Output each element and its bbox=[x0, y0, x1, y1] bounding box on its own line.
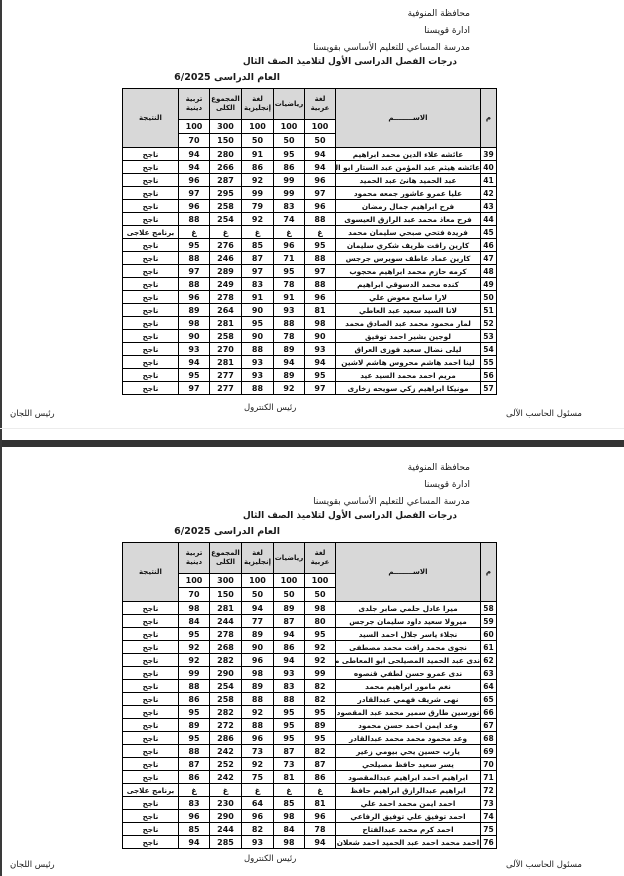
cell-arabic: 97 bbox=[305, 187, 336, 200]
cell-serial: 42 bbox=[481, 187, 497, 200]
cell-name: فريدة فتحي صبحي سليمان محمد bbox=[336, 226, 481, 239]
cell-name: احمد كرم محمد عبدالفتاح bbox=[336, 823, 481, 836]
cell-religion: 95 bbox=[179, 369, 210, 382]
cell-math: 89 bbox=[274, 602, 305, 615]
col-religion-header: تربية دينية bbox=[179, 543, 210, 574]
table-row: 72 ابراهيم عبدالرازق ابراهيم حافظ غ غ غ … bbox=[123, 784, 497, 797]
table-row: 64 نغم مامور ابراهيم محمد 82 83 89 254 8… bbox=[123, 680, 497, 693]
col-total-header: المجموع الكلى bbox=[210, 543, 242, 574]
cell-religion: 90 bbox=[179, 330, 210, 343]
max-math: 100 bbox=[274, 120, 305, 134]
cell-result: ناجح bbox=[123, 343, 179, 356]
max-religion: 100 bbox=[179, 120, 210, 134]
cell-religion: 94 bbox=[179, 836, 210, 849]
cell-arabic: 95 bbox=[305, 706, 336, 719]
table-row: 53 لوجين بشير احمد توفيق 90 78 90 258 90… bbox=[123, 330, 497, 343]
cell-english: 92 bbox=[242, 758, 274, 771]
cell-name: ندى عمرو حسن لطفي قنصوه bbox=[336, 667, 481, 680]
col-result-header: النتيجة bbox=[123, 543, 179, 602]
cell-english: 97 bbox=[242, 265, 274, 278]
cell-english: 73 bbox=[242, 745, 274, 758]
half-religion: 70 bbox=[179, 134, 210, 148]
cell-english: 90 bbox=[242, 304, 274, 317]
cell-serial: 49 bbox=[481, 278, 497, 291]
cell-serial: 48 bbox=[481, 265, 497, 278]
table-row: 75 احمد كرم محمد عبدالفتاح 78 84 82 244 … bbox=[123, 823, 497, 836]
cell-english: 89 bbox=[242, 628, 274, 641]
cell-math: 78 bbox=[274, 330, 305, 343]
cell-result: ناجح bbox=[123, 641, 179, 654]
table-row: 56 مريم احمد محمد السيد عيد 95 89 93 277… bbox=[123, 369, 497, 382]
cell-total: 272 bbox=[210, 719, 242, 732]
cell-religion: 88 bbox=[179, 745, 210, 758]
cell-result: ناجح bbox=[123, 265, 179, 278]
col-name-header: الاســــــــم bbox=[336, 89, 481, 148]
col-religion-header: تربية دينية bbox=[179, 89, 210, 120]
cell-english: 93 bbox=[242, 836, 274, 849]
governorate-line: محافظة المنوفية bbox=[313, 6, 470, 23]
cell-arabic: 80 bbox=[305, 615, 336, 628]
cell-serial: 67 bbox=[481, 719, 497, 732]
table-body-1: 39 عائشه علاء الدين محمد ابراهيم 94 95 9… bbox=[123, 148, 497, 395]
cell-english: 91 bbox=[242, 148, 274, 161]
cell-english: غ bbox=[242, 226, 274, 239]
max-arabic: 100 bbox=[305, 574, 336, 588]
cell-serial: 54 bbox=[481, 343, 497, 356]
half-english: 50 bbox=[242, 134, 274, 148]
cell-total: 258 bbox=[210, 693, 242, 706]
cell-total: 281 bbox=[210, 356, 242, 369]
cell-math: 88 bbox=[274, 317, 305, 330]
cell-serial: 51 bbox=[481, 304, 497, 317]
cell-arabic: 90 bbox=[305, 330, 336, 343]
cell-math: 74 bbox=[274, 213, 305, 226]
cell-math: 88 bbox=[274, 693, 305, 706]
half-total: 150 bbox=[210, 134, 242, 148]
cell-math: 89 bbox=[274, 343, 305, 356]
cell-name: نجلاء ياسر جلال احمد السيد bbox=[336, 628, 481, 641]
col-english-header: لغة إنجليزية bbox=[242, 89, 274, 120]
cell-serial: 74 bbox=[481, 810, 497, 823]
cell-arabic: 81 bbox=[305, 797, 336, 810]
cell-result: ناجح bbox=[123, 732, 179, 745]
cell-english: 77 bbox=[242, 615, 274, 628]
cell-religion: 94 bbox=[179, 148, 210, 161]
cell-serial: 44 bbox=[481, 213, 497, 226]
cell-english: 79 bbox=[242, 200, 274, 213]
cell-math: 99 bbox=[274, 174, 305, 187]
cell-total: 278 bbox=[210, 291, 242, 304]
cell-serial: 45 bbox=[481, 226, 497, 239]
cell-name: فرح ابراهيم جمال رمضان bbox=[336, 200, 481, 213]
cell-name: احمد توفيق علي توفيق الرفاعي bbox=[336, 810, 481, 823]
cell-total: 254 bbox=[210, 213, 242, 226]
committees-head-signature: رئيس اللجان bbox=[10, 860, 55, 870]
cell-name: عليا عمرو عاشور جمعه محمود bbox=[336, 187, 481, 200]
cell-religion: 98 bbox=[179, 317, 210, 330]
cell-math: 86 bbox=[274, 161, 305, 174]
governorate-line: محافظة المنوفية bbox=[313, 460, 470, 477]
cell-serial: 62 bbox=[481, 654, 497, 667]
cell-name: ميرولا سعيد داود سليمان جرجس bbox=[336, 615, 481, 628]
cell-name: عبد الحميد هانئ عبد الحميد bbox=[336, 174, 481, 187]
cell-total: 281 bbox=[210, 317, 242, 330]
cell-name: عائشه علاء الدين محمد ابراهيم bbox=[336, 148, 481, 161]
cell-english: 92 bbox=[242, 706, 274, 719]
table-row: 54 ليلى نضال سعيد فوزى العراق 93 89 88 2… bbox=[123, 343, 497, 356]
cell-arabic: 95 bbox=[305, 628, 336, 641]
cell-serial: 71 bbox=[481, 771, 497, 784]
cell-math: 92 bbox=[274, 382, 305, 395]
cell-religion: 83 bbox=[179, 797, 210, 810]
cell-serial: 40 bbox=[481, 161, 497, 174]
cell-math: 98 bbox=[274, 836, 305, 849]
cell-religion: 88 bbox=[179, 278, 210, 291]
table-row: 69 يارب حسين يحي بيومي زعير 82 87 73 242… bbox=[123, 745, 497, 758]
cell-result: ناجح bbox=[123, 706, 179, 719]
half-english: 50 bbox=[242, 588, 274, 602]
cell-result: ناجح bbox=[123, 278, 179, 291]
cell-arabic: غ bbox=[305, 784, 336, 797]
committees-head-signature: رئيس اللجان bbox=[10, 409, 55, 419]
cell-result: ناجح bbox=[123, 174, 179, 187]
cell-math: غ bbox=[274, 226, 305, 239]
cell-math: 95 bbox=[274, 719, 305, 732]
cell-serial: 43 bbox=[481, 200, 497, 213]
cell-result: ناجح bbox=[123, 797, 179, 810]
cell-math: 95 bbox=[274, 148, 305, 161]
cell-total: 282 bbox=[210, 706, 242, 719]
cell-arabic: 96 bbox=[305, 291, 336, 304]
cell-religion: 85 bbox=[179, 823, 210, 836]
table-row: 45 فريدة فتحي صبحي سليمان محمد غ غ غ غ غ… bbox=[123, 226, 497, 239]
cell-total: 277 bbox=[210, 369, 242, 382]
cell-total: 285 bbox=[210, 836, 242, 849]
cell-result: برنامج علاجى bbox=[123, 784, 179, 797]
cell-serial: 56 bbox=[481, 369, 497, 382]
cell-result: برنامج علاجى bbox=[123, 226, 179, 239]
cell-arabic: 94 bbox=[305, 836, 336, 849]
cell-serial: 68 bbox=[481, 732, 497, 745]
cell-arabic: 92 bbox=[305, 654, 336, 667]
cell-total: 249 bbox=[210, 278, 242, 291]
cell-total: 295 bbox=[210, 187, 242, 200]
cell-english: 87 bbox=[242, 252, 274, 265]
cell-name: نورسين طارق سمير محمد عبد المقصود bbox=[336, 706, 481, 719]
half-total: 150 bbox=[210, 588, 242, 602]
cell-religion: 94 bbox=[179, 161, 210, 174]
cell-arabic: 98 bbox=[305, 317, 336, 330]
table-row: 44 فرح معاذ محمد عبد الرازق العيسوى 88 7… bbox=[123, 213, 497, 226]
cell-english: 92 bbox=[242, 213, 274, 226]
cell-total: غ bbox=[210, 784, 242, 797]
cell-english: 88 bbox=[242, 719, 274, 732]
cell-total: 242 bbox=[210, 745, 242, 758]
cell-result: ناجح bbox=[123, 680, 179, 693]
cell-math: 81 bbox=[274, 771, 305, 784]
cell-english: 64 bbox=[242, 797, 274, 810]
school-line: مدرسة المساعي للتعليم الأساسي بقويسنا bbox=[313, 494, 470, 511]
cell-name: لينا احمد هاشم محروس هاشم لاشين bbox=[336, 356, 481, 369]
cell-name: كنده محمد الدسوقي ابراهيم bbox=[336, 278, 481, 291]
cell-arabic: 81 bbox=[305, 304, 336, 317]
cell-name: كارين رافت ظريف شكري سليمان bbox=[336, 239, 481, 252]
cell-name: احمد محمد احمد عبد الحميد احمد شعلان bbox=[336, 836, 481, 849]
cell-total: 254 bbox=[210, 680, 242, 693]
cell-serial: 76 bbox=[481, 836, 497, 849]
cell-result: ناجح bbox=[123, 382, 179, 395]
cell-arabic: 82 bbox=[305, 693, 336, 706]
cell-serial: 53 bbox=[481, 330, 497, 343]
cell-arabic: 97 bbox=[305, 382, 336, 395]
cell-total: 286 bbox=[210, 732, 242, 745]
cell-serial: 61 bbox=[481, 641, 497, 654]
cell-religion: 93 bbox=[179, 343, 210, 356]
cell-math: 71 bbox=[274, 252, 305, 265]
school-line: مدرسة المساعي للتعليم الأساسي بقويسنا bbox=[313, 40, 470, 57]
cell-total: 270 bbox=[210, 343, 242, 356]
cell-arabic: 94 bbox=[305, 356, 336, 369]
cell-total: 282 bbox=[210, 654, 242, 667]
table-row: 68 وعد محمود محمد محمد عبدالقادر 95 95 9… bbox=[123, 732, 497, 745]
cell-math: 93 bbox=[274, 667, 305, 680]
table-row: 48 كرمه حازم محمد ابراهيم محجوب 97 95 97… bbox=[123, 265, 497, 278]
cell-math: 78 bbox=[274, 278, 305, 291]
table-row: 66 نورسين طارق سمير محمد عبد المقصود 95 … bbox=[123, 706, 497, 719]
cell-religion: 84 bbox=[179, 615, 210, 628]
table-row: 63 ندى عمرو حسن لطفي قنصوه 99 93 98 290 … bbox=[123, 667, 497, 680]
cell-english: غ bbox=[242, 784, 274, 797]
cell-name: لوجين بشير احمد توفيق bbox=[336, 330, 481, 343]
cell-arabic: 96 bbox=[305, 200, 336, 213]
cell-result: ناجح bbox=[123, 693, 179, 706]
cell-english: 88 bbox=[242, 343, 274, 356]
cell-math: 93 bbox=[274, 304, 305, 317]
cell-name: ابراهيم عبدالرازق ابراهيم حافظ bbox=[336, 784, 481, 797]
cell-arabic: 95 bbox=[305, 732, 336, 745]
table-row: 71 ابراهيم احمد ابراهيم عبدالمقصود 86 81… bbox=[123, 771, 497, 784]
administration-line: ادارة قويسنا bbox=[313, 23, 470, 40]
cell-serial: 39 bbox=[481, 148, 497, 161]
cell-religion: 86 bbox=[179, 693, 210, 706]
cell-name: مريم احمد محمد السيد عيد bbox=[336, 369, 481, 382]
cell-name: احمد ايمن محمد احمد علي bbox=[336, 797, 481, 810]
cell-serial: 55 bbox=[481, 356, 497, 369]
cell-result: ناجح bbox=[123, 239, 179, 252]
col-serial-header: م bbox=[481, 89, 497, 148]
cell-result: ناجح bbox=[123, 317, 179, 330]
max-total: 300 bbox=[210, 574, 242, 588]
cell-total: 287 bbox=[210, 174, 242, 187]
cell-name: نجوى محمد رافت محمد مصطفى bbox=[336, 641, 481, 654]
half-arabic: 50 bbox=[305, 134, 336, 148]
cell-math: 94 bbox=[274, 628, 305, 641]
table-row: 55 لينا احمد هاشم محروس هاشم لاشين 94 94… bbox=[123, 356, 497, 369]
max-total: 300 bbox=[210, 120, 242, 134]
cell-arabic: 99 bbox=[305, 667, 336, 680]
table-row: 46 كارين رافت ظريف شكري سليمان 95 96 85 … bbox=[123, 239, 497, 252]
cell-english: 88 bbox=[242, 382, 274, 395]
cell-math: 87 bbox=[274, 745, 305, 758]
cell-religion: غ bbox=[179, 784, 210, 797]
cell-arabic: 97 bbox=[305, 265, 336, 278]
cell-name: مونيكا ابراهيم زكي سويحه زخارى bbox=[336, 382, 481, 395]
col-name-header: الاســــــــم bbox=[336, 543, 481, 602]
cell-math: 96 bbox=[274, 239, 305, 252]
cell-result: ناجح bbox=[123, 356, 179, 369]
cell-serial: 64 bbox=[481, 680, 497, 693]
cell-result: ناجح bbox=[123, 667, 179, 680]
page-divider-bar bbox=[2, 440, 624, 447]
grades-table-2: م الاســــــــم لغة عربية رياضيات لغة إن… bbox=[122, 542, 497, 849]
academic-year: العام الدراسى 6/2025 bbox=[174, 526, 280, 537]
grades-table-1: م الاســــــــم لغة عربية رياضيات لغة إن… bbox=[122, 88, 497, 395]
cell-total: 277 bbox=[210, 382, 242, 395]
report-title: درجات الفصل الدراسى الأول لتلاميذ الصف ا… bbox=[243, 511, 457, 521]
cell-english: 96 bbox=[242, 810, 274, 823]
cell-english: 90 bbox=[242, 330, 274, 343]
cell-name: كرمه حازم محمد ابراهيم محجوب bbox=[336, 265, 481, 278]
table-row: 58 ميرا عادل حلمي صابر جلدى 98 89 94 281… bbox=[123, 602, 497, 615]
cell-arabic: 88 bbox=[305, 278, 336, 291]
cell-name: نهى شريف فهمي عبدالقادر bbox=[336, 693, 481, 706]
cell-religion: 89 bbox=[179, 719, 210, 732]
cell-religion: 95 bbox=[179, 239, 210, 252]
cell-religion: 92 bbox=[179, 654, 210, 667]
cell-math: 95 bbox=[274, 732, 305, 745]
table-row: 40 عائشه هيثم عبد المؤمن عبد الستار ابو … bbox=[123, 161, 497, 174]
cell-name: يسر سعيد حافظ مصيلحي bbox=[336, 758, 481, 771]
cell-religion: 92 bbox=[179, 641, 210, 654]
cell-religion: 88 bbox=[179, 213, 210, 226]
cell-result: ناجح bbox=[123, 758, 179, 771]
table-body-2: 58 ميرا عادل حلمي صابر جلدى 98 89 94 281… bbox=[123, 602, 497, 849]
cell-religion: 88 bbox=[179, 252, 210, 265]
half-math: 50 bbox=[274, 588, 305, 602]
cell-religion: 88 bbox=[179, 680, 210, 693]
cell-serial: 46 bbox=[481, 239, 497, 252]
cell-total: 246 bbox=[210, 252, 242, 265]
table-row: 43 فرح ابراهيم جمال رمضان 96 83 79 258 9… bbox=[123, 200, 497, 213]
cell-math: 95 bbox=[274, 265, 305, 278]
cell-english: 89 bbox=[242, 680, 274, 693]
col-arabic-header: لغة عربية bbox=[305, 543, 336, 574]
cell-total: 281 bbox=[210, 602, 242, 615]
cell-religion: 96 bbox=[179, 174, 210, 187]
cell-religion: 97 bbox=[179, 187, 210, 200]
cell-serial: 47 bbox=[481, 252, 497, 265]
col-result-header: النتيجة bbox=[123, 89, 179, 148]
control-head-signature: رئيس الكنترول bbox=[244, 403, 296, 413]
cell-arabic: 82 bbox=[305, 680, 336, 693]
col-english-header: لغة إنجليزية bbox=[242, 543, 274, 574]
cell-result: ناجح bbox=[123, 602, 179, 615]
cell-serial: 75 bbox=[481, 823, 497, 836]
cell-total: 278 bbox=[210, 628, 242, 641]
cell-name: وعد ايمن احمد حسن محمود bbox=[336, 719, 481, 732]
cell-math: 84 bbox=[274, 823, 305, 836]
cell-math: 95 bbox=[274, 706, 305, 719]
cell-arabic: 96 bbox=[305, 174, 336, 187]
cell-english: 82 bbox=[242, 823, 274, 836]
cell-total: 280 bbox=[210, 148, 242, 161]
table-row: 73 احمد ايمن محمد احمد علي 81 85 64 230 … bbox=[123, 797, 497, 810]
cell-total: 266 bbox=[210, 161, 242, 174]
cell-religion: 99 bbox=[179, 667, 210, 680]
cell-serial: 58 bbox=[481, 602, 497, 615]
cell-result: ناجح bbox=[123, 745, 179, 758]
cell-english: 91 bbox=[242, 291, 274, 304]
cell-result: ناجح bbox=[123, 304, 179, 317]
cell-result: ناجح bbox=[123, 200, 179, 213]
cell-result: ناجح bbox=[123, 213, 179, 226]
cell-arabic: 93 bbox=[305, 343, 336, 356]
cell-total: 258 bbox=[210, 200, 242, 213]
cell-religion: غ bbox=[179, 226, 210, 239]
cell-arabic: 95 bbox=[305, 239, 336, 252]
cell-total: 242 bbox=[210, 771, 242, 784]
cell-serial: 73 bbox=[481, 797, 497, 810]
cell-english: 99 bbox=[242, 187, 274, 200]
cell-religion: 95 bbox=[179, 628, 210, 641]
cell-english: 90 bbox=[242, 641, 274, 654]
table-row: 49 كنده محمد الدسوقي ابراهيم 88 78 83 24… bbox=[123, 278, 497, 291]
cell-result: ناجح bbox=[123, 252, 179, 265]
table-row: 41 عبد الحميد هانئ عبد الحميد 96 99 92 2… bbox=[123, 174, 497, 187]
max-english: 100 bbox=[242, 574, 274, 588]
letterhead: محافظة المنوفية ادارة قويسنا مدرسة المسا… bbox=[313, 6, 470, 57]
col-total-header: المجموع الكلى bbox=[210, 89, 242, 120]
cell-arabic: 86 bbox=[305, 771, 336, 784]
cell-result: ناجح bbox=[123, 291, 179, 304]
cell-result: ناجح bbox=[123, 615, 179, 628]
cell-arabic: 87 bbox=[305, 758, 336, 771]
cell-arabic: 94 bbox=[305, 148, 336, 161]
cell-serial: 57 bbox=[481, 382, 497, 395]
cell-result: ناجح bbox=[123, 836, 179, 849]
cell-name: عائشه هيثم عبد المؤمن عبد الستار ابو الم… bbox=[336, 161, 481, 174]
cell-total: غ bbox=[210, 226, 242, 239]
cell-math: غ bbox=[274, 784, 305, 797]
table-row: 76 احمد محمد احمد عبد الحميد احمد شعلان … bbox=[123, 836, 497, 849]
cell-arabic: 92 bbox=[305, 641, 336, 654]
cell-math: 98 bbox=[274, 810, 305, 823]
cell-name: لانا السيد سعيد عبد العاطي bbox=[336, 304, 481, 317]
cell-arabic: 98 bbox=[305, 602, 336, 615]
cell-total: 244 bbox=[210, 823, 242, 836]
table-row: 59 ميرولا سعيد داود سليمان جرجس 80 87 77… bbox=[123, 615, 497, 628]
cell-religion: 94 bbox=[179, 356, 210, 369]
cell-serial: 59 bbox=[481, 615, 497, 628]
table-row: 67 وعد ايمن احمد حسن محمود 89 95 88 272 … bbox=[123, 719, 497, 732]
computer-officer-signature: مسئول الحاسب الآلى bbox=[506, 860, 582, 870]
cell-name: فرح معاذ محمد عبد الرازق العيسوى bbox=[336, 213, 481, 226]
cell-religion: 96 bbox=[179, 810, 210, 823]
report-title: درجات الفصل الدراسى الأول لتلاميذ الصف ا… bbox=[243, 57, 457, 67]
cell-religion: 86 bbox=[179, 771, 210, 784]
cell-serial: 65 bbox=[481, 693, 497, 706]
table-row: 65 نهى شريف فهمي عبدالقادر 82 88 88 258 … bbox=[123, 693, 497, 706]
cell-math: 99 bbox=[274, 187, 305, 200]
control-head-signature: رئيس الكنترول bbox=[244, 854, 296, 864]
cell-religion: 96 bbox=[179, 291, 210, 304]
cell-english: 93 bbox=[242, 369, 274, 382]
max-religion: 100 bbox=[179, 574, 210, 588]
cell-math: 83 bbox=[274, 200, 305, 213]
cell-english: 75 bbox=[242, 771, 274, 784]
max-arabic: 100 bbox=[305, 120, 336, 134]
letterhead: محافظة المنوفية ادارة قويسنا مدرسة المسا… bbox=[313, 460, 470, 511]
